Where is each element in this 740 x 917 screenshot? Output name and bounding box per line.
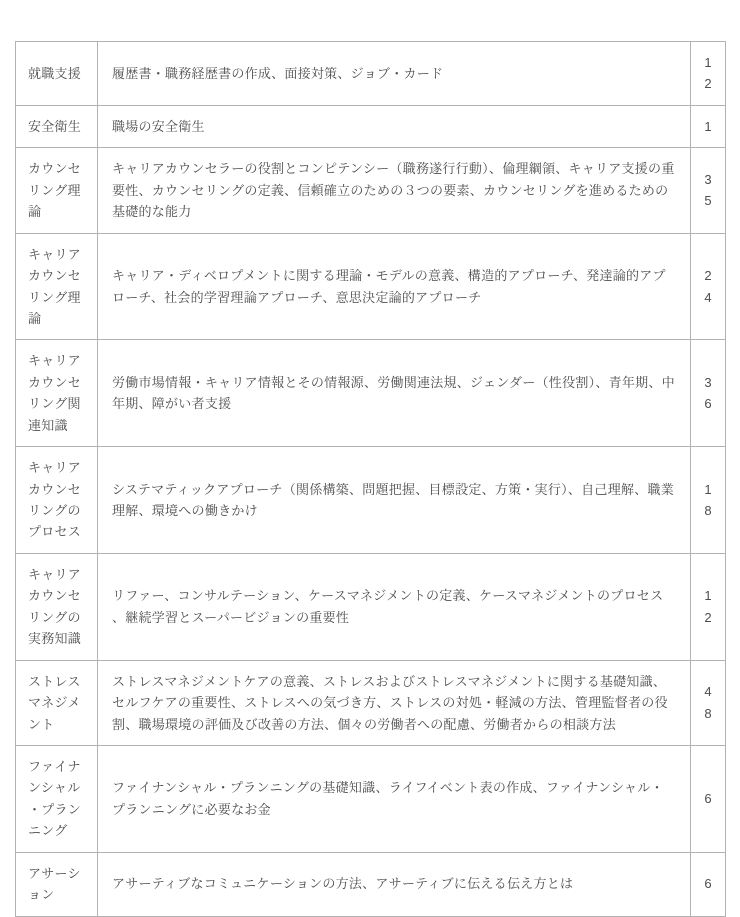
category-label: カウンセリング理論 — [28, 161, 81, 219]
description-cell: システマティックアプローチ（関係構築、問題把握、目標設定、方策・実行）、自己理解… — [98, 447, 691, 554]
description-cell: 履歴書・職務経歴書の作成、面接対策、ジョブ・カード — [98, 42, 691, 106]
table-row: 安全衛生 職場の安全衛生 1 — [16, 105, 726, 147]
table-row: アサーション アサーティブなコミュニケーションの方法、アサーティブに伝える伝え方… — [16, 852, 726, 916]
hours-cell: 18 — [691, 447, 726, 554]
hours-value: 18 — [704, 479, 711, 522]
category-cell: キャリアカウンセリングのプロセス — [16, 447, 98, 554]
hours-value: 12 — [704, 52, 711, 95]
category-label: キャリアカウンセリングのプロセス — [28, 460, 81, 539]
hours-cell: 48 — [691, 660, 726, 745]
category-label: キャリアカウンセリング理論 — [28, 247, 81, 326]
hours-cell: 36 — [691, 340, 726, 447]
description-text: リファー、コンサルテーション、ケースマネジメントの定義、ケースマネジメントのプロ… — [112, 588, 663, 624]
description-text: アサーティブなコミュニケーションの方法、アサーティブに伝える伝え方とは — [112, 876, 573, 891]
table-row: キャリアカウンセリングのプロセス システマティックアプローチ（関係構築、問題把握… — [16, 447, 726, 554]
hours-value: 12 — [704, 585, 711, 628]
category-cell: キャリアカウンセリング関連知識 — [16, 340, 98, 447]
page: 就職支援 履歴書・職務経歴書の作成、面接対策、ジョブ・カード 12 安全衛生 職… — [0, 0, 740, 913]
category-cell: カウンセリング理論 — [16, 148, 98, 233]
category-cell: 就職支援 — [16, 42, 98, 106]
hours-cell: 12 — [691, 553, 726, 660]
category-cell: ストレスマネジメント — [16, 660, 98, 745]
description-text: ファイナンシャル・プランニングの基礎知識、ライフイベント表の作成、ファイナンシャ… — [112, 780, 664, 816]
category-label: キャリアカウンセリングの実務知識 — [28, 567, 81, 646]
hours-cell: 24 — [691, 233, 726, 340]
category-label: 安全衛生 — [28, 119, 81, 134]
hours-value: 6 — [704, 873, 711, 894]
description-text: 労働市場情報・キャリア情報とその情報源、労働関連法規、ジェンダー（性役割）、青年… — [112, 375, 675, 411]
category-label: 就職支援 — [28, 66, 81, 81]
curriculum-table-body: 就職支援 履歴書・職務経歴書の作成、面接対策、ジョブ・カード 12 安全衛生 職… — [16, 42, 726, 917]
description-cell: 職場の安全衛生 — [98, 105, 691, 147]
table-row: 就職支援 履歴書・職務経歴書の作成、面接対策、ジョブ・カード 12 — [16, 42, 726, 106]
table-row: キャリアカウンセリング関連知識 労働市場情報・キャリア情報とその情報源、労働関連… — [16, 340, 726, 447]
table-row: カウンセリング理論 キャリアカウンセラーの役割とコンピテンシー（職務遂行行動）、… — [16, 148, 726, 233]
category-cell: ファイナンシャル・プランニング — [16, 745, 98, 852]
category-label: キャリアカウンセリング関連知識 — [28, 353, 81, 432]
hours-cell: 6 — [691, 745, 726, 852]
hours-cell: 35 — [691, 148, 726, 233]
description-cell: リファー、コンサルテーション、ケースマネジメントの定義、ケースマネジメントのプロ… — [98, 553, 691, 660]
description-text: システマティックアプローチ（関係構築、問題把握、目標設定、方策・実行）、自己理解… — [112, 482, 674, 518]
description-text: キャリア・ディベロプメントに関する理論・モデルの意義、構造的アプローチ、発達論的… — [112, 268, 666, 304]
table-row: キャリアカウンセリング理論 キャリア・ディベロプメントに関する理論・モデルの意義… — [16, 233, 726, 340]
category-cell: 安全衛生 — [16, 105, 98, 147]
description-cell: ストレスマネジメントケアの意義、ストレスおよびストレスマネジメントに関する基礎知… — [98, 660, 691, 745]
hours-value: 1 — [704, 116, 711, 137]
description-text: 職場の安全衛生 — [112, 119, 205, 134]
category-label: ファイナンシャル・プランニング — [28, 759, 81, 838]
description-text: ストレスマネジメントケアの意義、ストレスおよびストレスマネジメントに関する基礎知… — [112, 674, 668, 732]
table-row: ストレスマネジメント ストレスマネジメントケアの意義、ストレスおよびストレスマネ… — [16, 660, 726, 745]
hours-value: 24 — [704, 265, 711, 308]
hours-cell: 1 — [691, 105, 726, 147]
description-cell: ファイナンシャル・プランニングの基礎知識、ライフイベント表の作成、ファイナンシャ… — [98, 745, 691, 852]
hours-value: 6 — [704, 788, 711, 809]
description-text: キャリアカウンセラーの役割とコンピテンシー（職務遂行行動）、倫理綱領、キャリア支… — [112, 161, 675, 219]
category-cell: キャリアカウンセリング理論 — [16, 233, 98, 340]
description-cell: キャリア・ディベロプメントに関する理論・モデルの意義、構造的アプローチ、発達論的… — [98, 233, 691, 340]
hours-value: 35 — [704, 169, 711, 212]
category-cell: キャリアカウンセリングの実務知識 — [16, 553, 98, 660]
category-label: アサーション — [28, 866, 81, 902]
description-text: 履歴書・職務経歴書の作成、面接対策、ジョブ・カード — [112, 66, 443, 81]
description-cell: キャリアカウンセラーの役割とコンピテンシー（職務遂行行動）、倫理綱領、キャリア支… — [98, 148, 691, 233]
table-row: キャリアカウンセリングの実務知識 リファー、コンサルテーション、ケースマネジメン… — [16, 553, 726, 660]
category-label: ストレスマネジメント — [28, 674, 81, 732]
hours-cell: 6 — [691, 852, 726, 916]
hours-value: 36 — [704, 372, 711, 415]
description-cell: アサーティブなコミュニケーションの方法、アサーティブに伝える伝え方とは — [98, 852, 691, 916]
hours-value: 48 — [704, 681, 711, 724]
curriculum-table: 就職支援 履歴書・職務経歴書の作成、面接対策、ジョブ・カード 12 安全衛生 職… — [15, 41, 726, 917]
category-cell: アサーション — [16, 852, 98, 916]
description-cell: 労働市場情報・キャリア情報とその情報源、労働関連法規、ジェンダー（性役割）、青年… — [98, 340, 691, 447]
table-row: ファイナンシャル・プランニング ファイナンシャル・プランニングの基礎知識、ライフ… — [16, 745, 726, 852]
hours-cell: 12 — [691, 42, 726, 106]
